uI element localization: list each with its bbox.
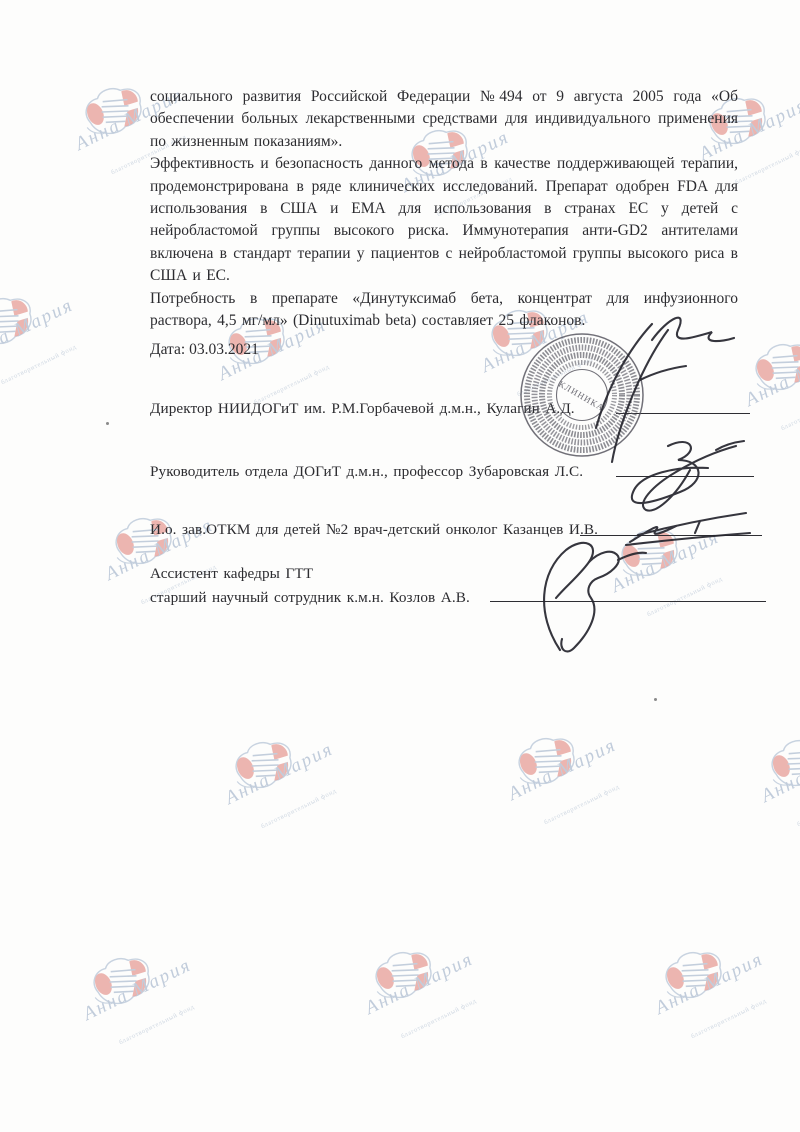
charity-logo-icon bbox=[662, 950, 724, 1002]
body-text: социального развития Российской Федераци… bbox=[150, 86, 738, 332]
watermark: Анна Марияблаготворительный фонд bbox=[0, 296, 142, 416]
watermark-subtext: благотворительный фонд bbox=[646, 576, 724, 619]
signature-line bbox=[490, 601, 766, 602]
signatory-title-director: Директор НИИДОГиТ им. Р.М.Горбачевой д.м… bbox=[150, 400, 575, 418]
charity-logo-icon bbox=[515, 736, 577, 788]
watermark-subtext: благотворительный фонд bbox=[690, 998, 768, 1041]
watermark-script: Анна Мария bbox=[652, 934, 796, 1020]
watermark-script: Анна Мария bbox=[80, 940, 224, 1026]
scan-speck bbox=[106, 422, 109, 425]
signatory-title-assistant-line1: Ассистент кафедры ГТТ bbox=[150, 565, 313, 583]
watermark-script: Анна Мария bbox=[758, 722, 800, 808]
watermark: Анна Марияблаготворительный фонд bbox=[618, 528, 788, 648]
scan-speck bbox=[654, 698, 657, 701]
paragraph-regulation: социального развития Российской Федераци… bbox=[150, 86, 738, 153]
stamp-center-text: КЛИНИКА bbox=[557, 379, 606, 413]
watermark-script: Анна Мария bbox=[0, 280, 106, 366]
watermark-script: Анна Мария bbox=[222, 724, 366, 810]
charity-logo-icon bbox=[752, 342, 800, 394]
watermark-script: Анна Мария bbox=[608, 512, 752, 598]
watermark-subtext: благотворительный фонд bbox=[543, 784, 621, 827]
watermark: Анна Марияблаготворительный фонд bbox=[752, 342, 800, 462]
official-stamp: КЛИНИКА bbox=[518, 331, 646, 459]
signatory-title-acting-head: И.о. зав.ОТКМ для детей №2 врач-детский … bbox=[150, 521, 598, 539]
charity-logo-icon bbox=[82, 86, 144, 138]
date-line: Дата: 03.03.2021 bbox=[150, 341, 259, 359]
watermark: Анна Марияблаготворительный фонд bbox=[225, 316, 395, 436]
watermark-script: Анна Мария bbox=[362, 934, 506, 1020]
watermark: Анна Марияблаготворительный фонд bbox=[662, 950, 800, 1070]
watermark: Анна Марияблаготворительный фонд bbox=[768, 738, 800, 858]
watermark-subtext: благотворительный фонд bbox=[734, 144, 800, 187]
signature-line bbox=[580, 535, 762, 536]
watermark-subtext: благотворительный фонд bbox=[260, 788, 338, 831]
signature-kozlov bbox=[544, 543, 646, 652]
watermark-subtext: благотворительный фонд bbox=[0, 344, 78, 387]
charity-logo-icon bbox=[90, 956, 152, 1008]
paragraph-efficacy: Эффективность и безопасность данного мет… bbox=[150, 153, 738, 287]
signatory-title-assistant-line2: старший научный сотрудник к.м.н. Козлов … bbox=[150, 589, 470, 607]
watermark: Анна Марияблаготворительный фонд bbox=[90, 956, 260, 1076]
watermark-subtext: благотворительный фонд bbox=[780, 390, 800, 433]
watermark-subtext: благотворительный фонд bbox=[118, 1004, 196, 1047]
paragraph-demand: Потребность в препарате «Динутуксимаб бе… bbox=[150, 288, 738, 333]
scanned-document-page: Анна Марияблаготворительный фонд Анна Ма… bbox=[0, 0, 800, 1132]
watermark-script: Анна Мария bbox=[742, 326, 800, 412]
charity-logo-icon bbox=[0, 296, 34, 348]
watermark: Анна Марияблаготворительный фонд bbox=[372, 950, 542, 1070]
charity-logo-icon bbox=[372, 950, 434, 1002]
watermark-subtext: благотворительный фонд bbox=[400, 998, 478, 1041]
watermark-subtext: благотворительный фонд bbox=[796, 786, 800, 829]
signature-line bbox=[616, 476, 754, 477]
signature-kazantsev bbox=[626, 513, 750, 545]
watermark: Анна Марияблаготворительный фонд bbox=[515, 736, 685, 856]
charity-logo-icon bbox=[768, 738, 800, 790]
charity-logo-icon bbox=[232, 740, 294, 792]
signatory-title-head-of-dept: Руководитель отдела ДОГиТ д.м.н., профес… bbox=[150, 463, 583, 481]
watermark-script: Анна Мария bbox=[505, 720, 649, 806]
watermark: Анна Марияблаготворительный фонд bbox=[232, 740, 402, 860]
